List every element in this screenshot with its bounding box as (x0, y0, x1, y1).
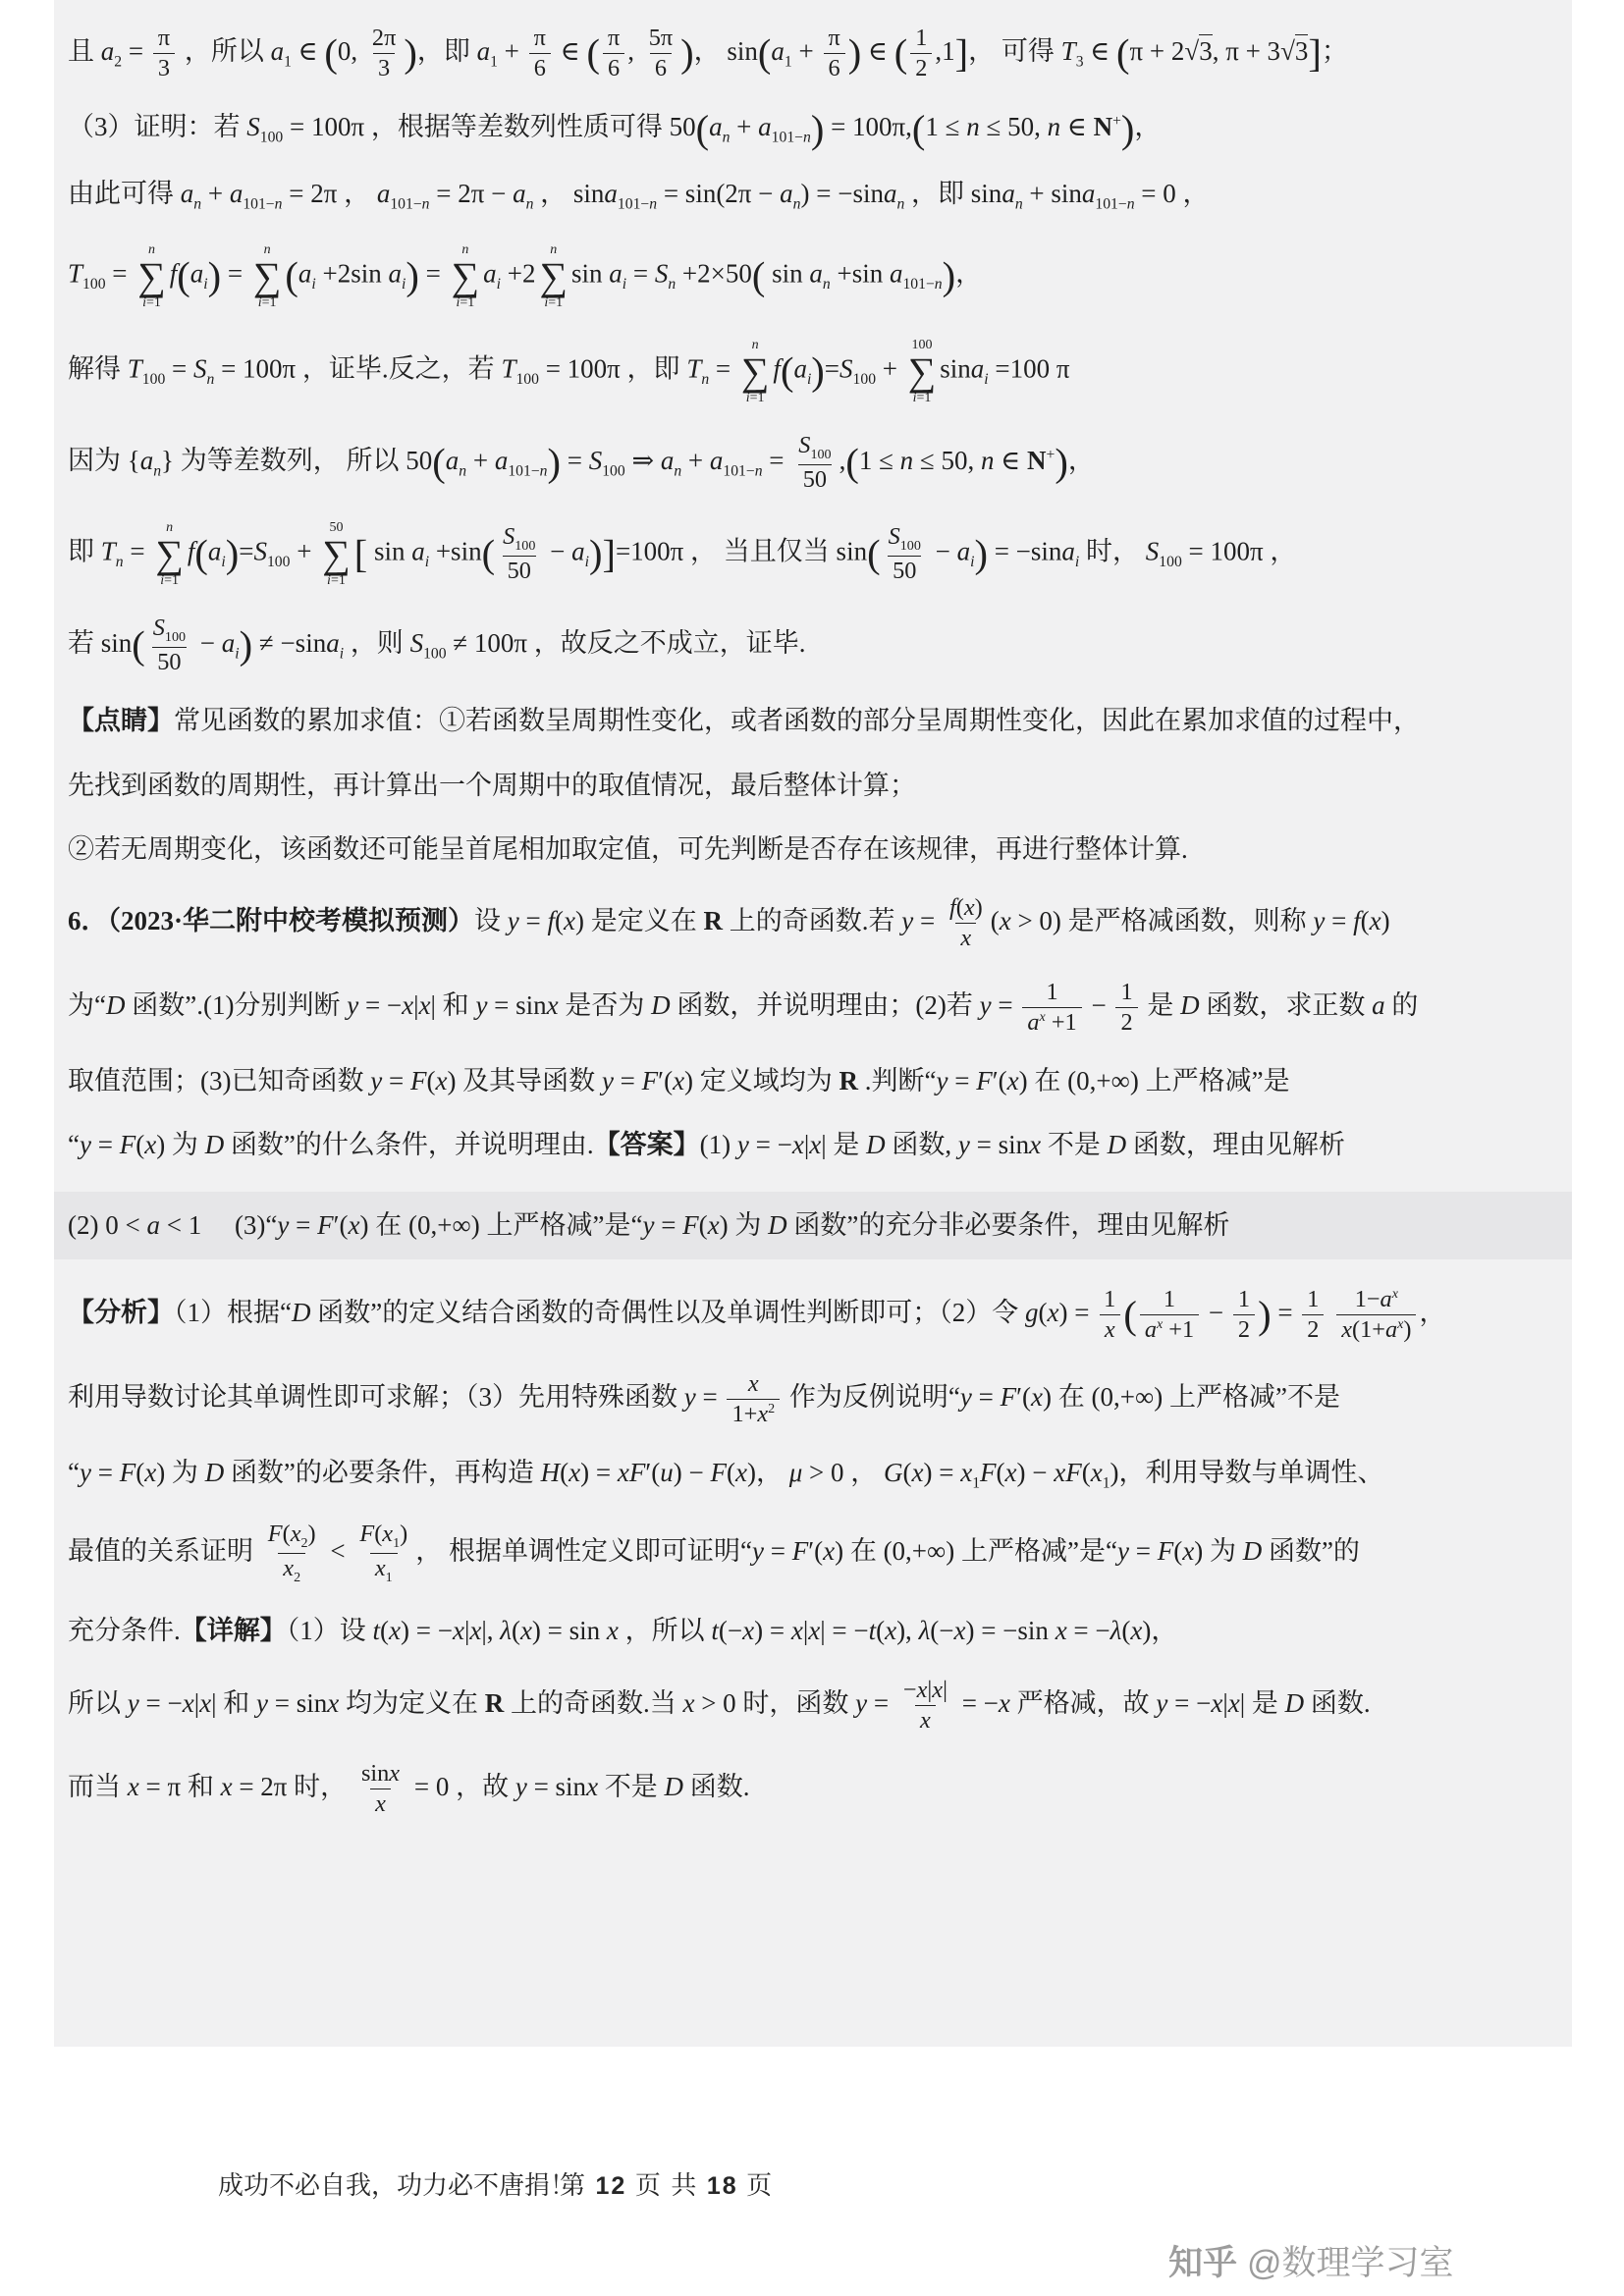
zhihu-logo-text: 知乎 (1168, 2244, 1237, 2282)
keynote-line-1: 【点睛】常见函数的累加求值：①若函数呈周期性变化，或者函数的部分呈周期性变化，因… (68, 703, 1556, 739)
keynote-line-2: 先找到函数的周期性，再计算出一个周期中的取值情况，最后整体计算； (68, 768, 1556, 804)
page-footer: 成功不必自我，功力必不唐捐！ 第 12 页 共 18 页 (0, 2165, 1624, 2209)
solution-line-1: 且 a2 = π3 ，所以 a1 ∈ (0, 2π3)，即 a1 + π6 ∈ … (68, 26, 1556, 81)
problem6-answer-line-1: “y = F(x) 为 D 函数”的什么条件，并说明理由.【答案】(1) y =… (68, 1127, 1556, 1163)
analysis-line-2: 利用导数讨论其单调性即可求解；（3）先用特殊函数 y = x1+x2 作为反例说… (68, 1371, 1556, 1428)
analysis-line-4: 最值的关系证明 F(x2)x2 < F(x1)x1， 根据单调性定义即可证明“y… (68, 1522, 1556, 1585)
solution-line-4: T100 = n∑i=1f(ai) = n∑i=1(ai +2sin ai) =… (68, 242, 1556, 310)
footer-page-indicator: 第 12 页 共 18 页 (560, 2165, 774, 2202)
problem6-line-3: 取值范围；(3)已知奇函数 y = F(x) 及其导函数 y = F′(x) 定… (68, 1063, 1556, 1099)
detail-line-3: 而当 x = π 和 x = 2π 时， sinxx = 0 ，故 y = si… (68, 1761, 1556, 1817)
zhihu-watermark: 知乎@数理学习室 (1168, 2236, 1454, 2285)
solution-line-8: 若 sin(S10050 − ai) ≠ −sinai ，则 S100 ≠ 10… (68, 615, 1556, 675)
solution-line-5: 解得 T100 = Sn = 100π ，证毕.反之，若 T100 = 100π… (68, 338, 1556, 405)
analysis-line-1: 【分析】（1）根据“D 函数”的定义结合函数的奇偶性以及单调性判断即可；（2）令… (68, 1287, 1556, 1344)
solution-line-3: 由此可得 an + a101−n = 2π ， a101−n = 2π − an… (68, 176, 1556, 215)
document-page: 且 a2 = π3 ，所以 a1 ∈ (0, 2π3)，即 a1 + π6 ∈ … (0, 0, 1624, 2296)
footer-motto: 成功不必自我，功力必不唐捐！ (218, 2165, 575, 2202)
footer-page-prefix: 第 (560, 2171, 587, 2200)
page-content: 且 a2 = π3 ，所以 a1 ∈ (0, 2π3)，即 a1 + π6 ∈ … (54, 0, 1572, 2047)
keynote-line-3: ②若无周期变化，该函数还可能呈首尾相加取定值，可先判断是否存在该规律，再进行整体… (68, 831, 1556, 868)
solution-line-6: 因为 {an} 为等差数列， 所以 50(an + a101−n) = S100… (68, 433, 1556, 493)
footer-page-number: 12 (596, 2172, 627, 2200)
footer-page-unit: 页 (635, 2171, 663, 2200)
problem6-line-1: 6．（2023·华二附中校考模拟预测）设 y = f(x) 是定义在 R 上的奇… (68, 895, 1556, 951)
solution-line-7: 即 Tn = n∑i=1f(ai)=S100 + 50∑i=1[ sin ai … (68, 520, 1556, 588)
footer-total-unit: 页 (746, 2171, 774, 2200)
analysis-line-3: “y = F(x) 为 D 函数”的必要条件，再构造 H(x) = xF′(u)… (68, 1455, 1556, 1494)
footer-total-pages: 18 (707, 2172, 738, 2200)
detail-line-1: 充分条件.【详解】（1）设 t(x) = −x|x|, λ(x) = sin x… (68, 1613, 1556, 1649)
detail-line-2: 所以 y = −x|x| 和 y = sinx 均为定义在 R 上的奇函数.当 … (68, 1678, 1556, 1734)
problem6-answer-line-2: (2) 0 < a < 1 (3)“y = F′(x) 在 (0,+∞) 上严格… (54, 1192, 1572, 1259)
problem6-line-2: 为“D 函数”.(1)分别判断 y = −x|x| 和 y = sinx 是否为… (68, 980, 1556, 1037)
solution-line-2: （3）证明：若 S100 = 100π ，根据等差数列性质可得 50(an + … (68, 109, 1556, 148)
watermark-account: @数理学习室 (1247, 2244, 1454, 2282)
footer-total-label: 共 (671, 2171, 698, 2200)
